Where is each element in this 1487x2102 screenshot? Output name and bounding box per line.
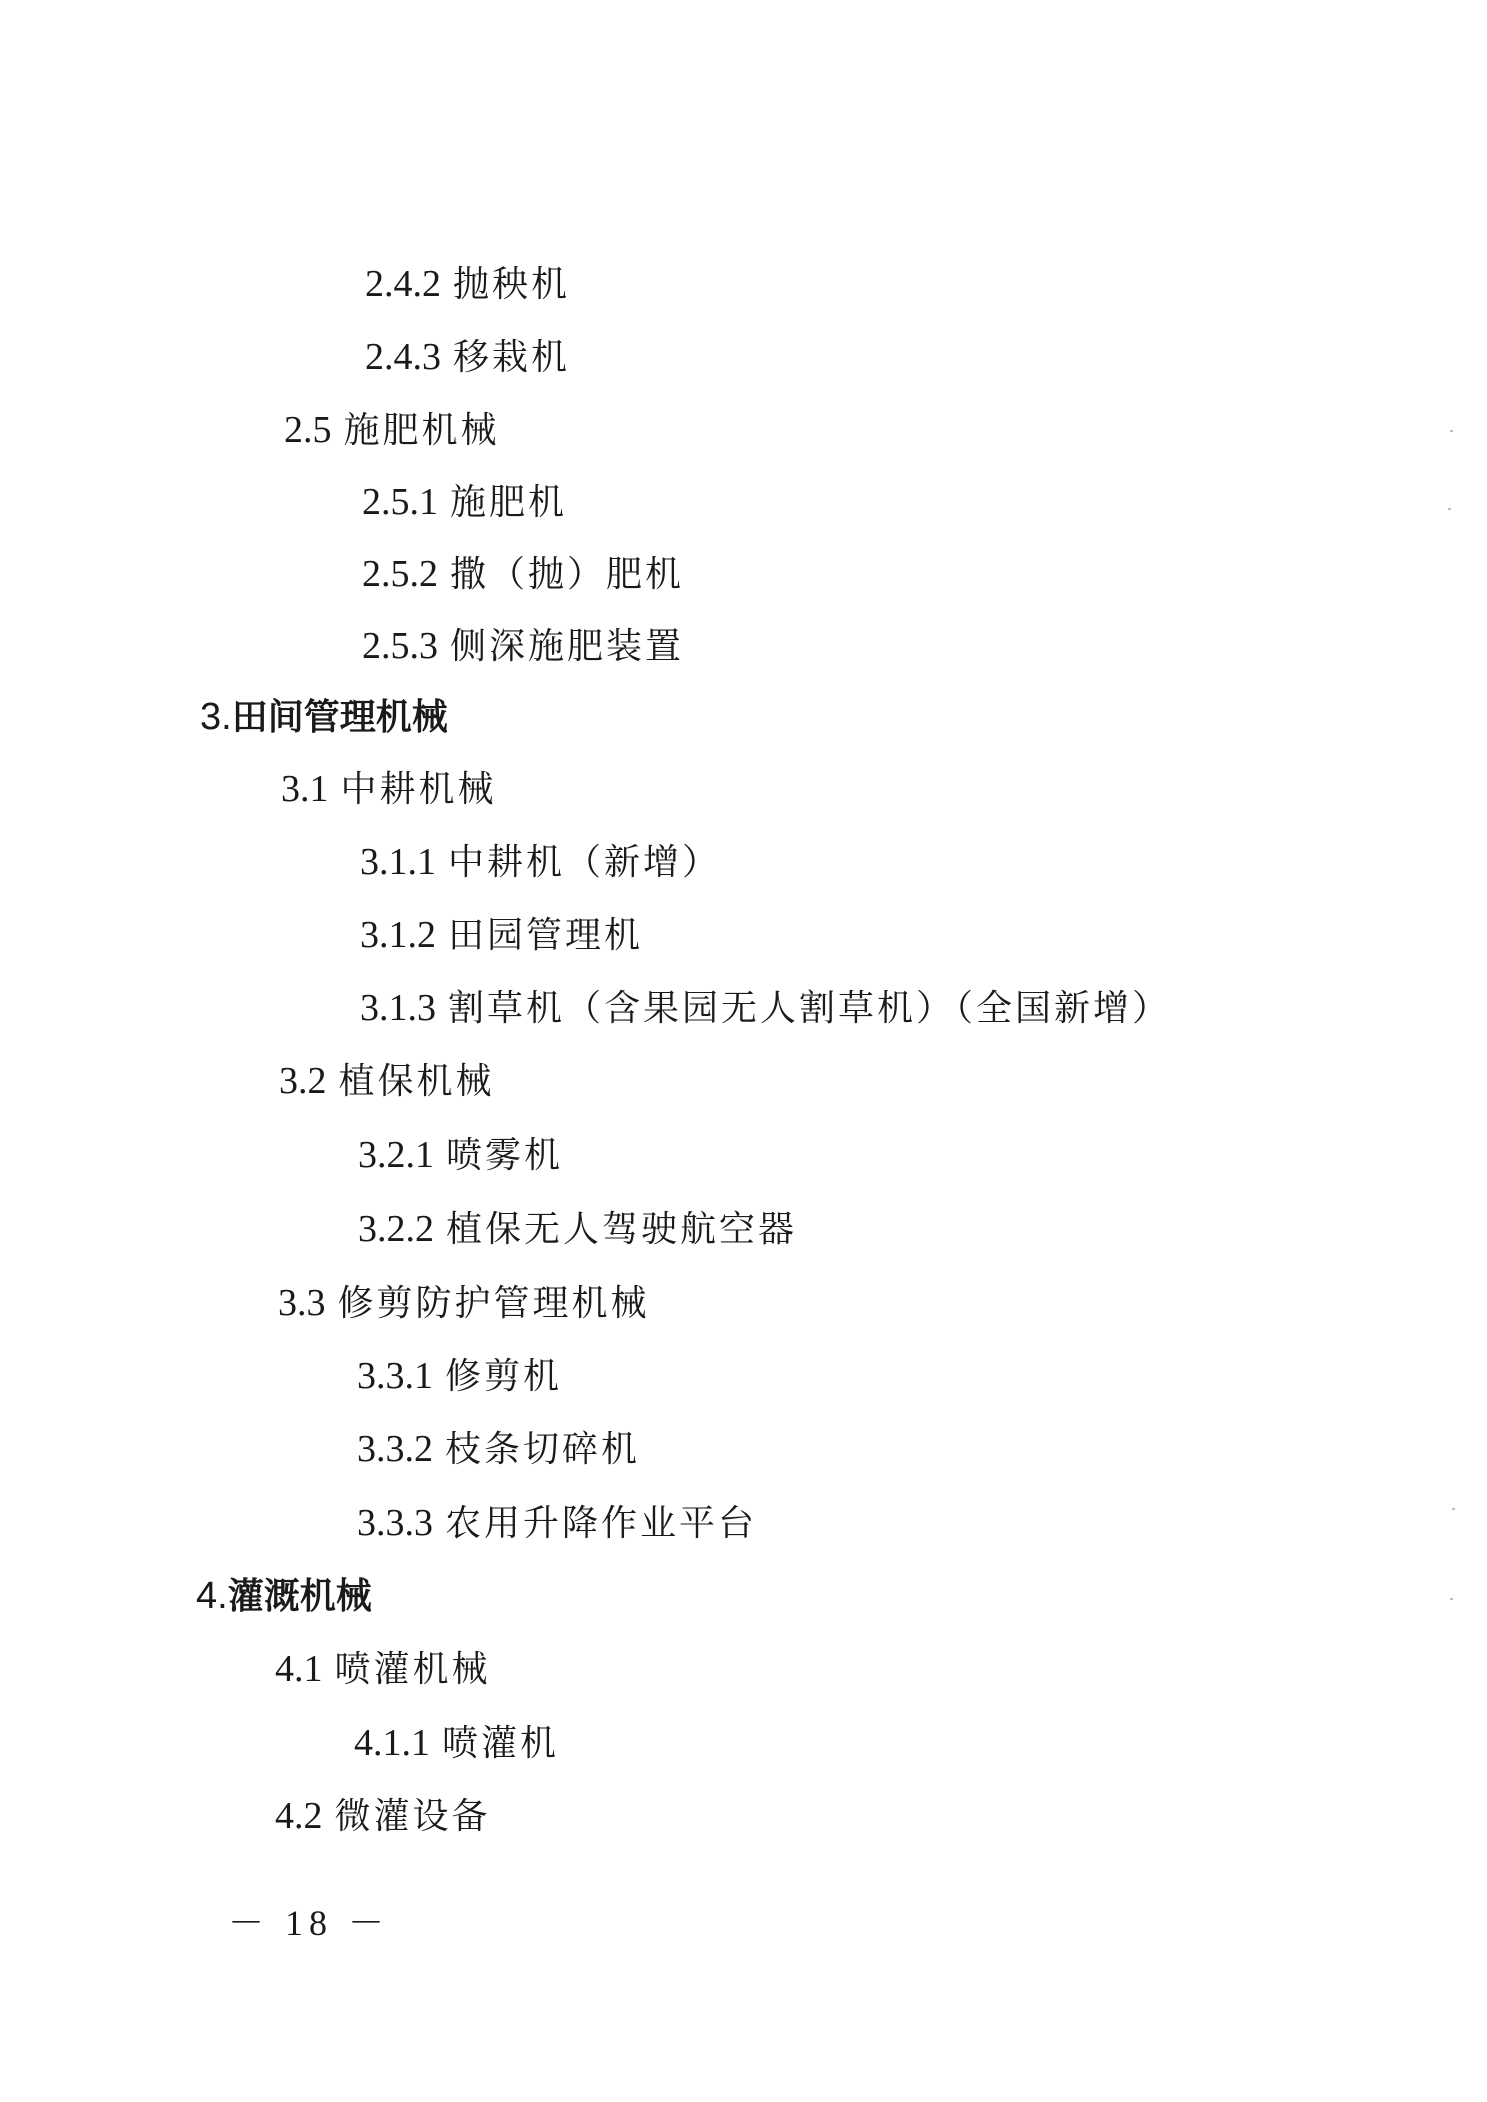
list-item-3-1-1: 3.1.1中耕机（新增） — [360, 840, 721, 885]
list-item-3-1: 3.1中耕机械 — [281, 767, 497, 812]
item-number: 2.5 — [284, 409, 332, 451]
list-item-4-1-1: 4.1.1喷灌机 — [354, 1721, 559, 1766]
item-number: 4.1 — [275, 1648, 323, 1690]
item-number: 3.3.3 — [357, 1502, 433, 1544]
item-label: 田间管理机械 — [232, 697, 448, 738]
item-number: 3. — [200, 696, 232, 738]
item-label: 微灌设备 — [335, 1796, 491, 1837]
item-number: 3.3.2 — [357, 1428, 433, 1470]
item-label: 中耕机（新增） — [448, 842, 721, 883]
item-number: 3.2 — [279, 1060, 327, 1102]
item-label: 农用升降作业平台 — [445, 1503, 757, 1544]
list-item-2-5-3: 2.5.3侧深施肥装置 — [362, 624, 684, 669]
item-label: 割草机（含果园无人割草机）（全国新增） — [448, 988, 1171, 1029]
item-number: 2.5.1 — [362, 481, 438, 523]
list-item-3-3-3: 3.3.3农用升降作业平台 — [357, 1501, 757, 1546]
list-item-3-3-2: 3.3.2枝条切碎机 — [357, 1427, 640, 1472]
list-item-4-2: 4.2微灌设备 — [275, 1794, 491, 1839]
item-label: 施肥机 — [450, 482, 567, 523]
scan-speck — [1452, 1508, 1455, 1510]
item-label: 施肥机械 — [344, 410, 500, 451]
item-label: 撒（抛）肥机 — [450, 554, 684, 595]
item-label: 修剪机 — [445, 1356, 562, 1397]
list-item-2-5: 2.5施肥机械 — [284, 408, 500, 453]
item-label: 植保无人驾驶航空器 — [446, 1209, 797, 1250]
item-number: 3.3 — [278, 1282, 326, 1324]
list-item-3-3-1: 3.3.1修剪机 — [357, 1354, 562, 1399]
item-number: 3.2.2 — [358, 1208, 434, 1250]
section-heading-4: 4.灌溉机械 — [196, 1574, 372, 1619]
item-label: 植保机械 — [339, 1061, 495, 1102]
scan-speck — [1450, 430, 1453, 432]
item-label: 侧深施肥装置 — [450, 626, 684, 667]
page-number: － 18 － — [228, 1895, 390, 1946]
list-item-4-1: 4.1喷灌机械 — [275, 1647, 491, 1692]
list-item-3-1-3: 3.1.3割草机（含果园无人割草机）（全国新增） — [360, 986, 1171, 1031]
scan-speck — [1450, 1598, 1453, 1600]
item-number: 4.1.1 — [354, 1722, 430, 1764]
item-label: 抛秧机 — [453, 264, 570, 305]
item-number: 3.1.2 — [360, 914, 436, 956]
item-label: 修剪防护管理机械 — [338, 1283, 650, 1324]
item-label: 喷雾机 — [446, 1135, 563, 1176]
item-number: 3.2.1 — [358, 1134, 434, 1176]
item-number: 2.5.3 — [362, 625, 438, 667]
item-label: 田园管理机 — [448, 915, 643, 956]
item-label: 灌溉机械 — [228, 1576, 372, 1617]
list-item-2-4-3: 2.4.3移栽机 — [365, 335, 570, 380]
list-item-3-2-1: 3.2.1喷雾机 — [358, 1133, 563, 1178]
list-item-2-5-1: 2.5.1施肥机 — [362, 480, 567, 525]
item-number: 3.1 — [281, 768, 329, 810]
list-item-2-5-2: 2.5.2撒（抛）肥机 — [362, 552, 684, 597]
item-label: 喷灌机 — [442, 1723, 559, 1764]
item-number: 3.1.3 — [360, 987, 436, 1029]
list-item-3-1-2: 3.1.2田园管理机 — [360, 913, 643, 958]
list-item-3-2-2: 3.2.2植保无人驾驶航空器 — [358, 1207, 797, 1252]
item-number: 2.5.2 — [362, 553, 438, 595]
item-number: 4. — [196, 1575, 228, 1617]
item-label: 中耕机械 — [341, 769, 497, 810]
list-item-3-2: 3.2植保机械 — [279, 1059, 495, 1104]
item-number: 3.3.1 — [357, 1355, 433, 1397]
item-number: 2.4.3 — [365, 336, 441, 378]
list-item-3-3: 3.3修剪防护管理机械 — [278, 1281, 650, 1326]
item-label: 喷灌机械 — [335, 1649, 491, 1690]
section-heading-3: 3.田间管理机械 — [200, 695, 448, 740]
scan-speck — [1448, 508, 1451, 510]
item-label: 移栽机 — [453, 337, 570, 378]
item-number: 4.2 — [275, 1795, 323, 1837]
item-number: 2.4.2 — [365, 263, 441, 305]
item-number: 3.1.1 — [360, 841, 436, 883]
list-item-2-4-2: 2.4.2抛秧机 — [365, 262, 570, 307]
item-label: 枝条切碎机 — [445, 1429, 640, 1470]
